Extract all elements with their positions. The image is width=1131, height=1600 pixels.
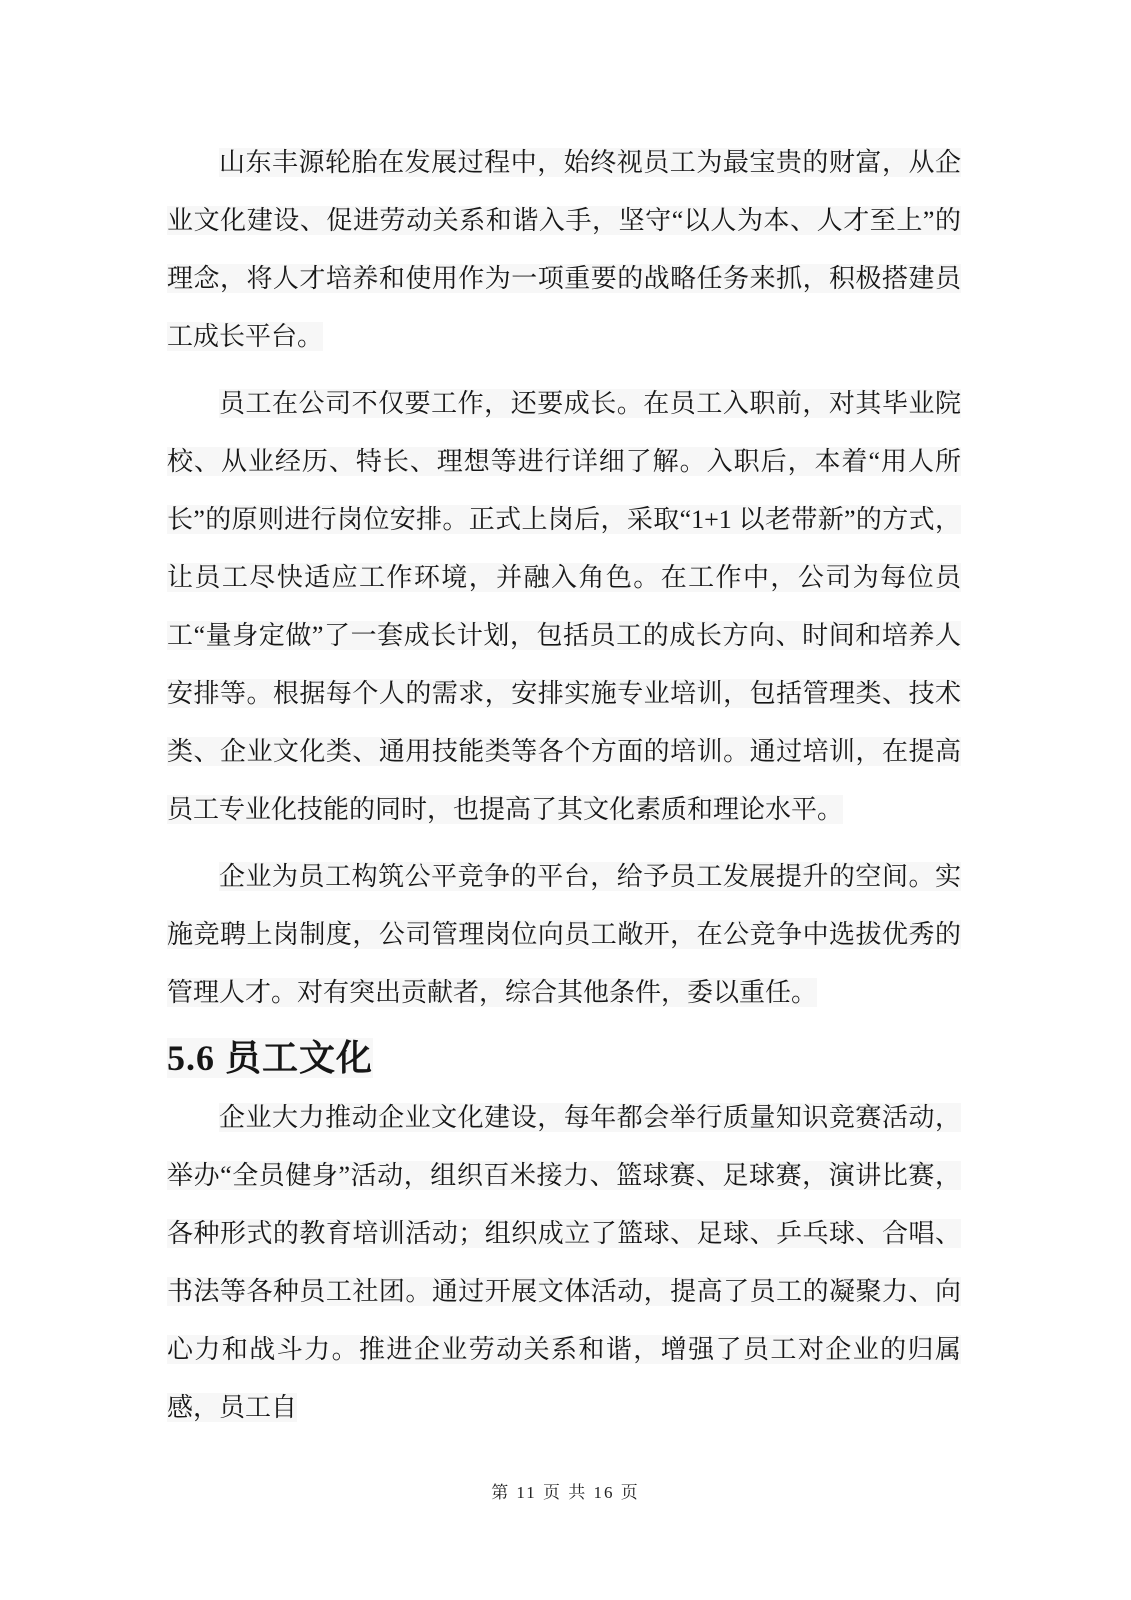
page-number-footer: 第 11 页 共 16 页 bbox=[0, 1478, 1131, 1503]
body-paragraph-3: 企业为员工构筑公平竞争的平台，给予员工发展提升的空间。实施竞聘上岗制度，公司管理… bbox=[167, 848, 961, 1022]
page-number-label: 第 11 页 共 16 页 bbox=[491, 1483, 640, 1502]
document-body: 山东丰源轮胎在发展过程中，始终视员工为最宝贵的财富，从企业文化建设、促进劳动关系… bbox=[167, 134, 961, 1446]
document-page: 山东丰源轮胎在发展过程中，始终视员工为最宝贵的财富，从企业文化建设、促进劳动关系… bbox=[0, 0, 1131, 1600]
body-paragraph-4: 企业大力推动企业文化建设，每年都会举行质量知识竞赛活动，举办“全员健身”活动，组… bbox=[167, 1089, 961, 1437]
body-paragraph-2: 员工在公司不仅要工作，还要成长。在员工入职前，对其毕业院校、从业经历、特长、理想… bbox=[167, 375, 961, 839]
section-heading-5-6: 5.6 员工文化 bbox=[167, 1031, 961, 1085]
paragraph-text: 山东丰源轮胎在发展过程中，始终视员工为最宝贵的财富，从企业文化建设、促进劳动关系… bbox=[167, 148, 961, 351]
paragraph-text: 员工在公司不仅要工作，还要成长。在员工入职前，对其毕业院校、从业经历、特长、理想… bbox=[167, 389, 961, 824]
paragraph-text: 企业为员工构筑公平竞争的平台，给予员工发展提升的空间。实施竞聘上岗制度，公司管理… bbox=[167, 862, 961, 1007]
heading-text: 5.6 员工文化 bbox=[167, 1038, 373, 1078]
paragraph-text: 企业大力推动企业文化建设，每年都会举行质量知识竞赛活动，举办“全员健身”活动，组… bbox=[167, 1103, 961, 1422]
body-paragraph-1: 山东丰源轮胎在发展过程中，始终视员工为最宝贵的财富，从企业文化建设、促进劳动关系… bbox=[167, 134, 961, 366]
